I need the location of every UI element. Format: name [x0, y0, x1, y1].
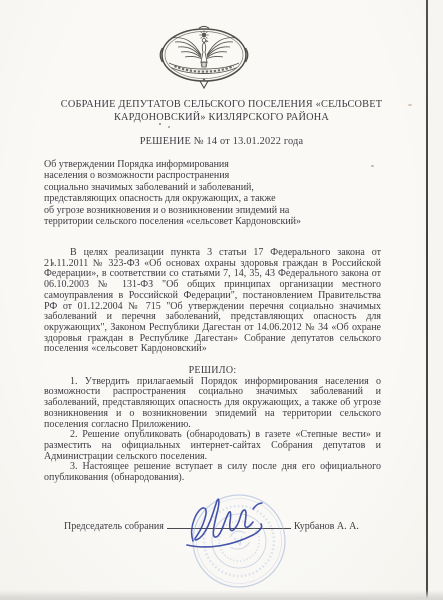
subject-line: социально значимых заболеваний и заболев… [44, 182, 301, 193]
scan-speck [168, 126, 170, 128]
resolution-item-3: 3. Настоящее решение вступает в силу пос… [44, 462, 381, 483]
resolution-item-2: 2. Решение опубликовать (обнародовать) в… [44, 430, 381, 462]
subject-line: территории сельского поселения «сельсове… [44, 216, 301, 227]
org-title-line2: КАРДОНОВСКИЙ» КИЗЛЯРСКОГО РАЙОНА [0, 112, 443, 125]
signature-role-label: Председатель собрания [64, 521, 164, 532]
org-title-line1: СОБРАНИЕ ДЕПУТАТОВ СЕЛЬСКОГО ПОСЕЛЕНИЯ «… [0, 99, 443, 112]
scan-speck [408, 104, 412, 106]
scan-artifact-right-strip [429, 0, 443, 600]
resolution-item-1: 1. Утвердить прилагаемый Порядок информи… [44, 377, 381, 431]
subject-line: об угрозе возникновения и о возникновени… [44, 205, 301, 216]
scan-speck [159, 123, 161, 125]
scan-speck [371, 165, 374, 167]
scanned-document-page: СОБРАНИЕ ДЕПУТАТОВ СЕЛЬСКОГО ПОСЕЛЕНИЯ «… [0, 0, 443, 600]
organization-title: СОБРАНИЕ ДЕПУТАТОВ СЕЛЬСКОГО ПОСЕЛЕНИЯ «… [0, 99, 443, 124]
subject-line: представляющих опасность для окружающих,… [44, 193, 301, 204]
handwritten-signature-icon [183, 489, 277, 553]
dagestan-coat-of-arms-icon [158, 25, 250, 91]
document-subject-block: Об утверждении Порядка информирования на… [44, 159, 301, 227]
subject-line: Об утверждении Порядка информирования [44, 159, 301, 170]
document-body: В целях реализации пункта 3 статьи 17 Фе… [44, 248, 381, 484]
document-number-line: РЕШЕНИЕ № 14 от 13.01.2022 года [0, 136, 443, 147]
signatory-name: Курбанов А. А. [294, 521, 359, 532]
preamble-paragraph: В целях реализации пункта 3 статьи 17 Фе… [44, 248, 381, 355]
scan-speck [52, 262, 54, 265]
subject-line: населения о возможности распространения [44, 170, 301, 181]
